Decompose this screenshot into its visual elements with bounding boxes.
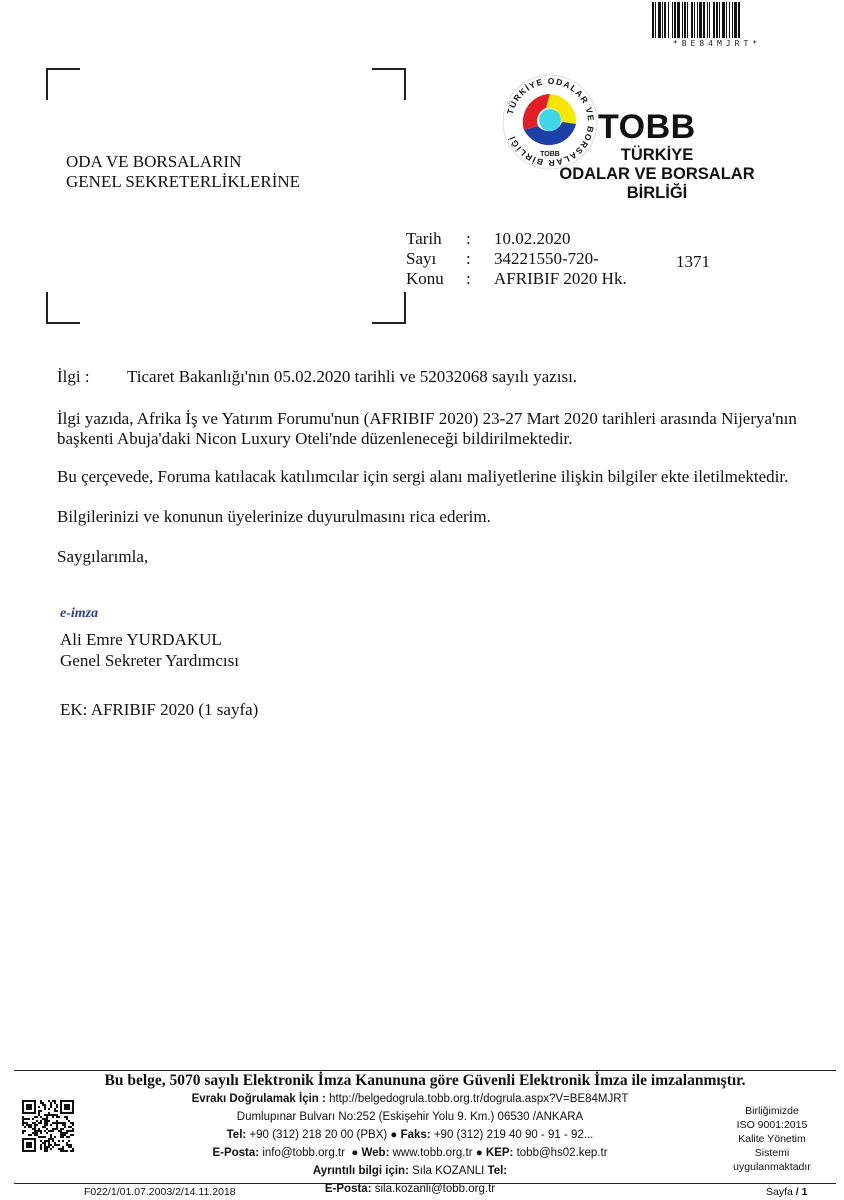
detail-label: Ayrıntılı bilgi için:: [313, 1165, 409, 1177]
detail-email-link[interactable]: sila.kozanli@tobb.org.tr: [375, 1183, 495, 1195]
detail-contact-line: Ayrıntılı bilgi için: Sıla KOZANLI Tel:: [150, 1162, 670, 1180]
meta-row-number: Sayı : 34221550-720-: [406, 249, 627, 269]
email-label: E-Posta:: [212, 1147, 259, 1159]
footer-legal-notice: Bu belge, 5070 sayılı Elektronik İmza Ka…: [14, 1072, 836, 1090]
bullet-icon: ●: [476, 1147, 483, 1159]
iso-line: ISO 9001:2015: [722, 1118, 822, 1132]
meta-colon: :: [466, 249, 494, 269]
detail-email-label: E-Posta:: [325, 1183, 372, 1195]
document-number: 1371: [676, 252, 710, 272]
email-link[interactable]: info@tobb.org.tr: [262, 1147, 345, 1159]
form-reference: F022/1/01.07.2003/2/14.11.2018: [84, 1186, 236, 1198]
corner-mark-top-right: [372, 68, 406, 100]
detail-tel-label: Tel:: [488, 1165, 508, 1177]
paragraph-3: Bilgilerinizi ve konunun üyelerinize duy…: [57, 507, 817, 527]
qr-code-icon: [22, 1094, 74, 1158]
kep-label: KEP:: [486, 1147, 513, 1159]
iso-line: Birliğimizde: [722, 1104, 822, 1118]
email-line: E-Posta: info@tobb.org.tr ● Web: www.tob…: [150, 1144, 670, 1162]
org-name-line-2: ODALAR VE BORSALAR: [552, 165, 762, 184]
iso-certification-note: Birliğimizde ISO 9001:2015 Kalite Yöneti…: [722, 1104, 822, 1174]
signer-block: Ali Emre YURDAKUL Genel Sekreter Yardımc…: [60, 629, 239, 671]
iso-line: Sistemi: [722, 1146, 822, 1160]
meta-row-subject: Konu : AFRIBIF 2020 Hk.: [406, 269, 627, 289]
signer-title: Genel Sekreter Yardımcısı: [60, 650, 239, 671]
web-link[interactable]: www.tobb.org.tr: [393, 1147, 473, 1159]
corner-mark-top-left: [46, 68, 80, 100]
verify-line: Evrakı Doğrulamak İçin : http://belgedog…: [150, 1090, 670, 1108]
meta-label: Konu: [406, 269, 466, 289]
meta-label: Tarih: [406, 229, 466, 249]
detail-name: Sıla KOZANLI: [412, 1165, 484, 1177]
document-meta: Tarih : 10.02.2020 Sayı : 34221550-720- …: [406, 229, 627, 289]
closing: Saygılarımla,: [57, 547, 817, 567]
paragraph-1: İlgi yazıda, Afrika İş ve Yatırım Forumu…: [57, 409, 817, 449]
tel-value: +90 (312) 218 20 00 (PBX): [249, 1129, 387, 1141]
kep-link[interactable]: tobb@hs02.kep.tr: [517, 1147, 608, 1159]
recipient-address: ODA VE BORSALARIN GENEL SEKRETERLİKLERİN…: [66, 152, 300, 192]
paragraph-2: Bu çerçevede, Foruma katılacak katılımcı…: [57, 467, 817, 487]
org-name: TÜRKİYE ODALAR VE BORSALAR BİRLİĞİ: [552, 146, 762, 203]
bullet-icon: ●: [390, 1129, 397, 1141]
corner-mark-bottom-right: [372, 292, 406, 324]
page-label: Sayfa: [766, 1186, 793, 1198]
signer-name: Ali Emre YURDAKUL: [60, 629, 239, 650]
org-name-line-1: TÜRKİYE: [552, 146, 762, 165]
attachment-note: EK: AFRIBIF 2020 (1 sayfa): [60, 700, 258, 720]
org-name-line-3: BİRLİĞİ: [552, 184, 762, 203]
reference-line: İlgi : Ticaret Bakanlığı'nın 05.02.2020 …: [57, 367, 817, 387]
meta-colon: :: [466, 269, 494, 289]
iso-line: Kalite Yönetim: [722, 1132, 822, 1146]
page-indicator: Sayfa / 1: [766, 1186, 807, 1198]
iso-line: uygulanmaktadır: [722, 1160, 822, 1174]
barcode-text: *BE84MJRT*: [652, 39, 782, 48]
meta-value: 10.02.2020: [494, 229, 571, 249]
meta-value: AFRIBIF 2020 Hk.: [494, 269, 627, 289]
footer-divider-bottom: [14, 1183, 836, 1184]
e-signature-mark: e-imza: [60, 606, 98, 622]
corner-mark-bottom-left: [46, 292, 80, 324]
meta-colon: :: [466, 229, 494, 249]
recipient-line-2: GENEL SEKRETERLİKLERİNE: [66, 172, 300, 192]
footer-contact-info: Evrakı Doğrulamak İçin : http://belgedog…: [150, 1090, 670, 1198]
org-acronym: TOBB: [598, 108, 696, 147]
verify-label: Evrakı Doğrulamak İçin :: [192, 1093, 326, 1105]
verify-link[interactable]: http://belgedogrula.tobb.org.tr/dogrula.…: [329, 1093, 628, 1105]
barcode-icon: [652, 2, 782, 38]
bullet-icon: ●: [351, 1147, 358, 1159]
meta-label: Sayı: [406, 249, 466, 269]
web-label: Web:: [362, 1147, 390, 1159]
footer-divider-top: [14, 1070, 836, 1071]
barcode: *BE84MJRT*: [652, 2, 782, 42]
reference-text: Ticaret Bakanlığı'nın 05.02.2020 tarihli…: [127, 367, 577, 387]
phone-line: Tel: +90 (312) 218 20 00 (PBX) ● Faks: +…: [150, 1126, 670, 1144]
reference-label: İlgi :: [57, 367, 127, 387]
recipient-line-1: ODA VE BORSALARIN: [66, 152, 300, 172]
fax-value: +90 (312) 219 40 90 - 91 - 92...: [434, 1129, 594, 1141]
address-line: Dumlupınar Bulvarı No:252 (Eskişehir Yol…: [150, 1108, 670, 1126]
meta-row-date: Tarih : 10.02.2020: [406, 229, 627, 249]
page-value: / 1: [796, 1186, 808, 1198]
meta-value: 34221550-720-: [494, 249, 599, 269]
fax-label: Faks:: [401, 1129, 431, 1141]
tel-label: Tel:: [227, 1129, 247, 1141]
